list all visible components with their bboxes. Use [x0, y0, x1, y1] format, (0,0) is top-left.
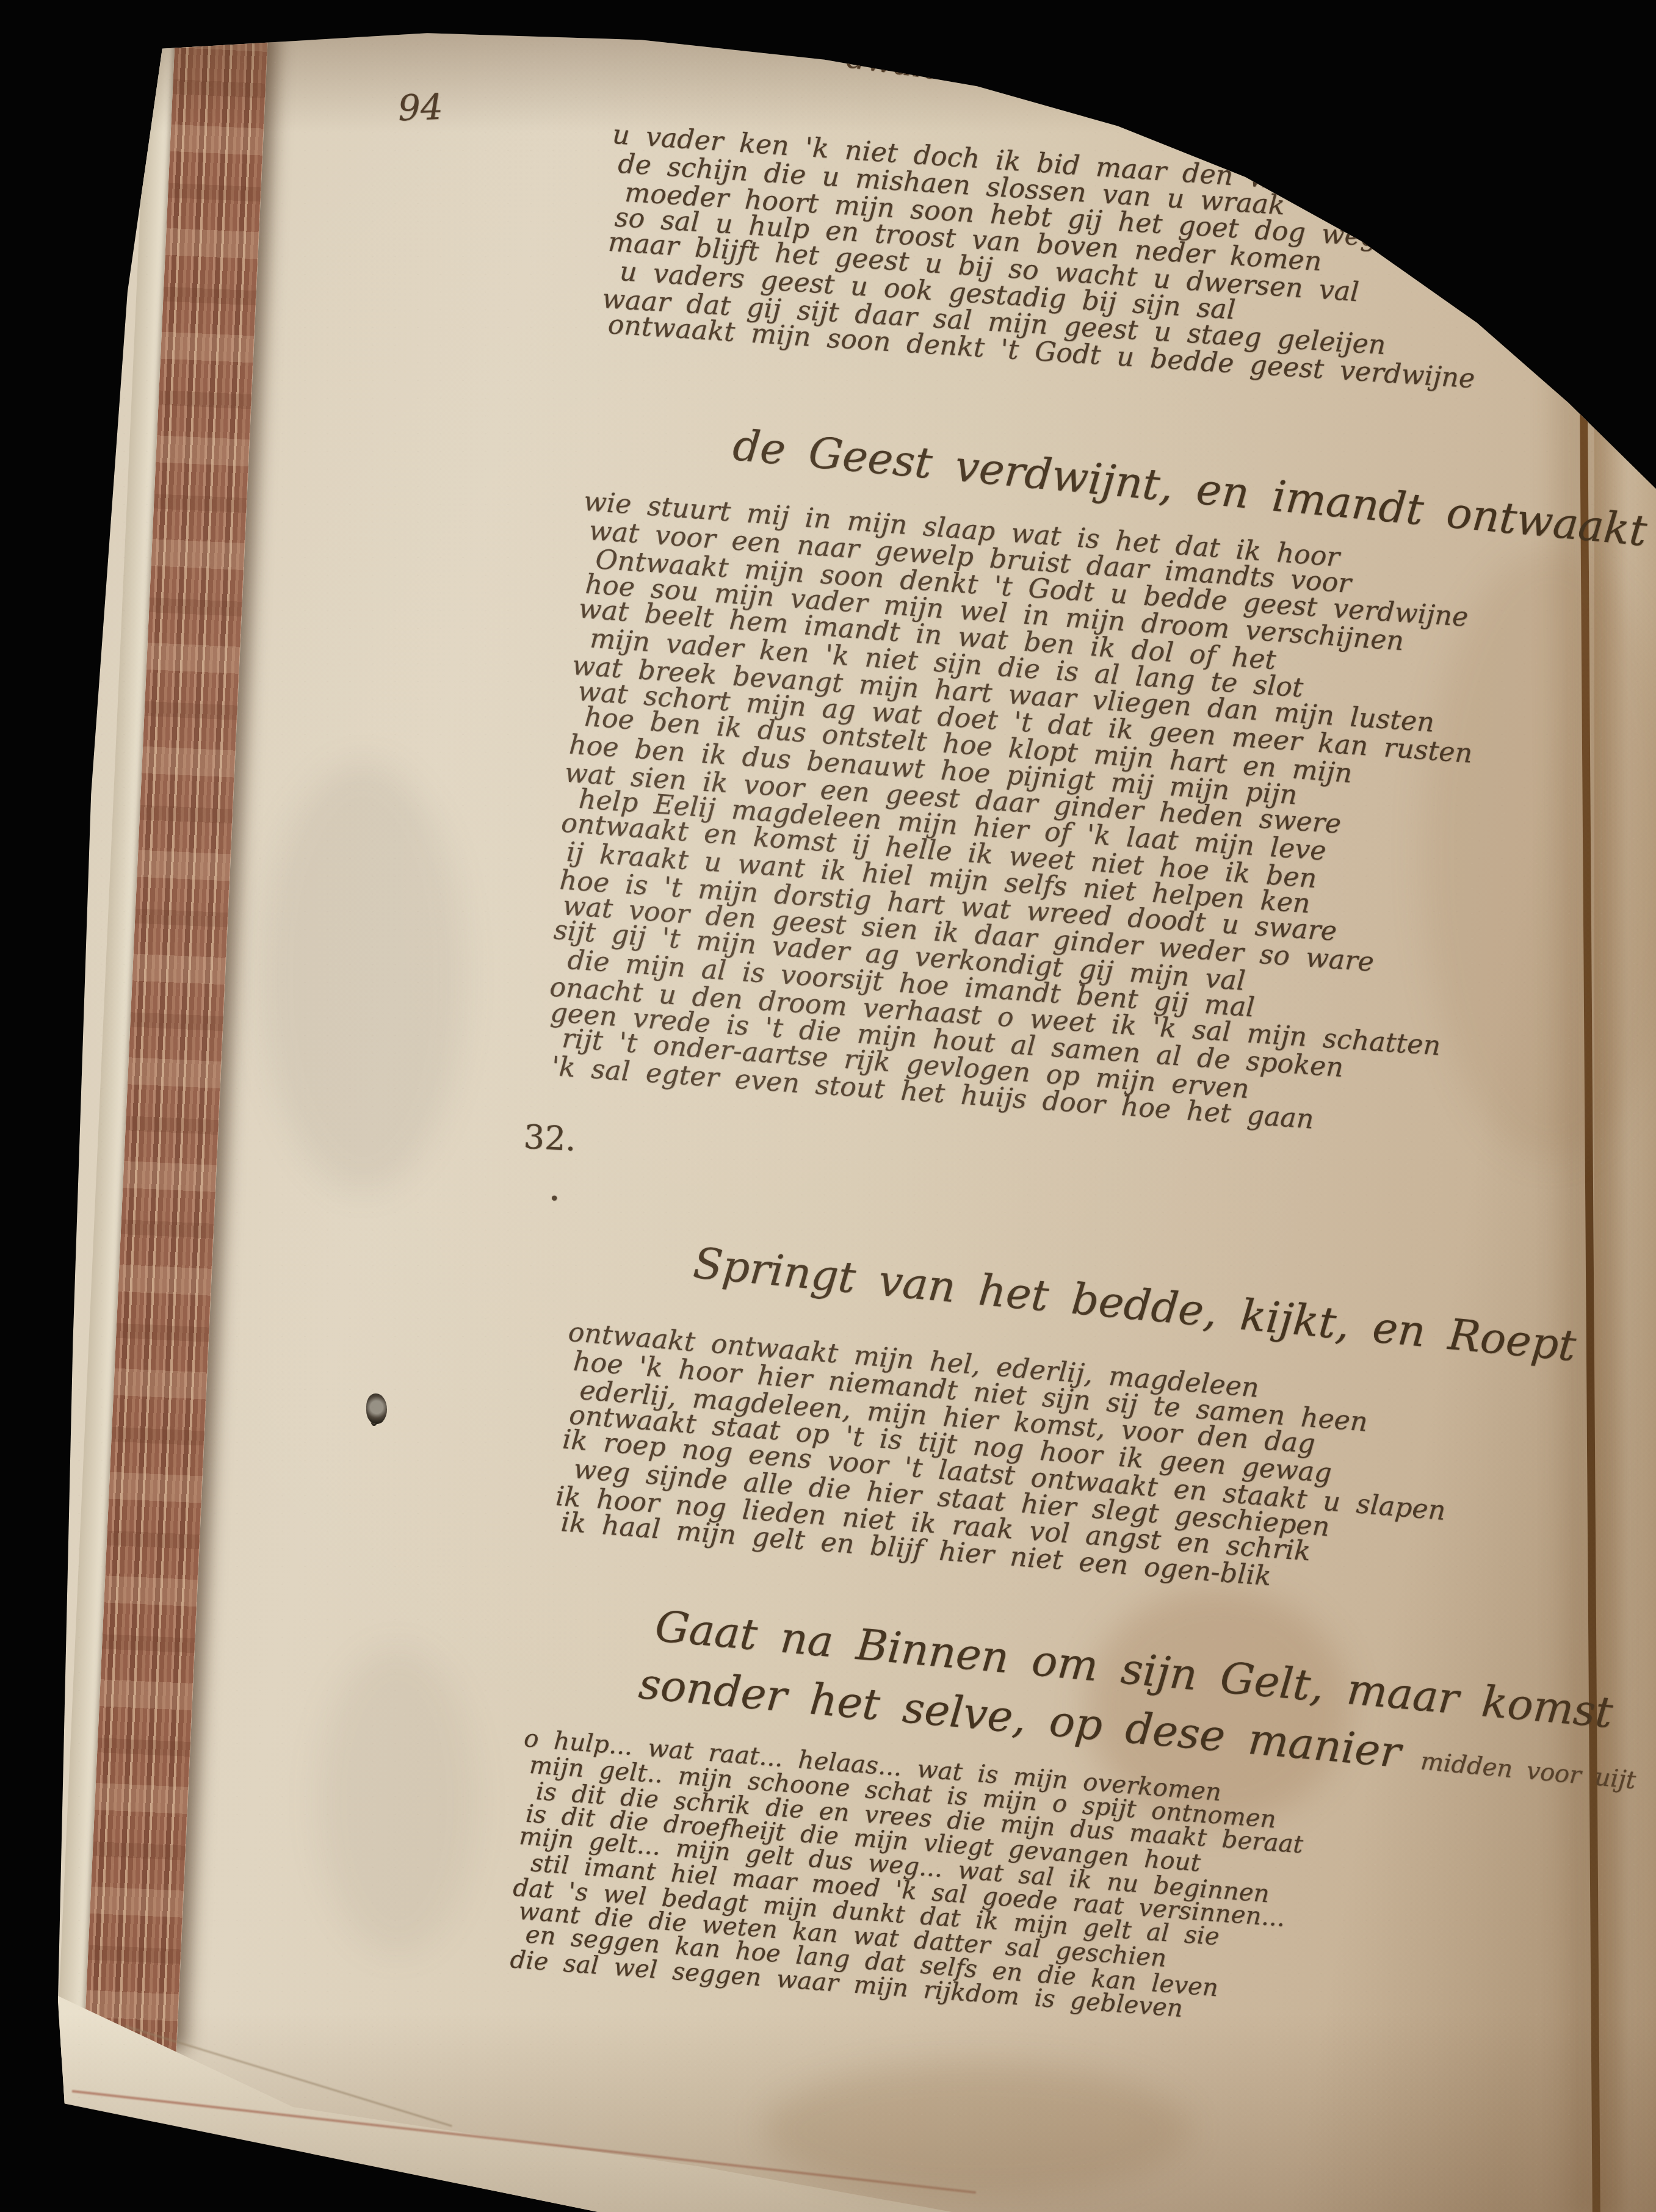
- facing-page-sliver: [1594, 342, 1656, 2212]
- manuscript-page: 94 dwalenden imandt u vader ken 'k niet …: [0, 0, 1656, 2212]
- damp-stain: [763, 2063, 1190, 2197]
- show-through-smudge: [262, 763, 464, 1190]
- verse-block-3: ontwaakt ontwaakt mijn hel, ederlij, mag…: [553, 1317, 1455, 1600]
- show-through-smudge: [317, 1648, 476, 1953]
- verse-block-1: u vader ken 'k niet doch ik bid maar den…: [600, 121, 1493, 391]
- wormhole: [366, 1393, 387, 1424]
- verse-block-4: o hulp... wat raat... helaas... wat is m…: [507, 1726, 1308, 2027]
- margin-scene-number: 32.: [522, 1118, 577, 1158]
- scene-heading-3-tail: midden voor uijt: [1419, 1747, 1636, 1795]
- running-title: dwalenden imandt: [844, 38, 1188, 120]
- page-number: 94: [397, 86, 444, 129]
- photograph-stage: 94 dwalenden imandt u vader ken 'k niet …: [0, 0, 1656, 2212]
- margin-dot: .: [548, 1165, 560, 1210]
- verse-block-2: wie stuurt mij in mijn slaap wat is het …: [543, 487, 1486, 1140]
